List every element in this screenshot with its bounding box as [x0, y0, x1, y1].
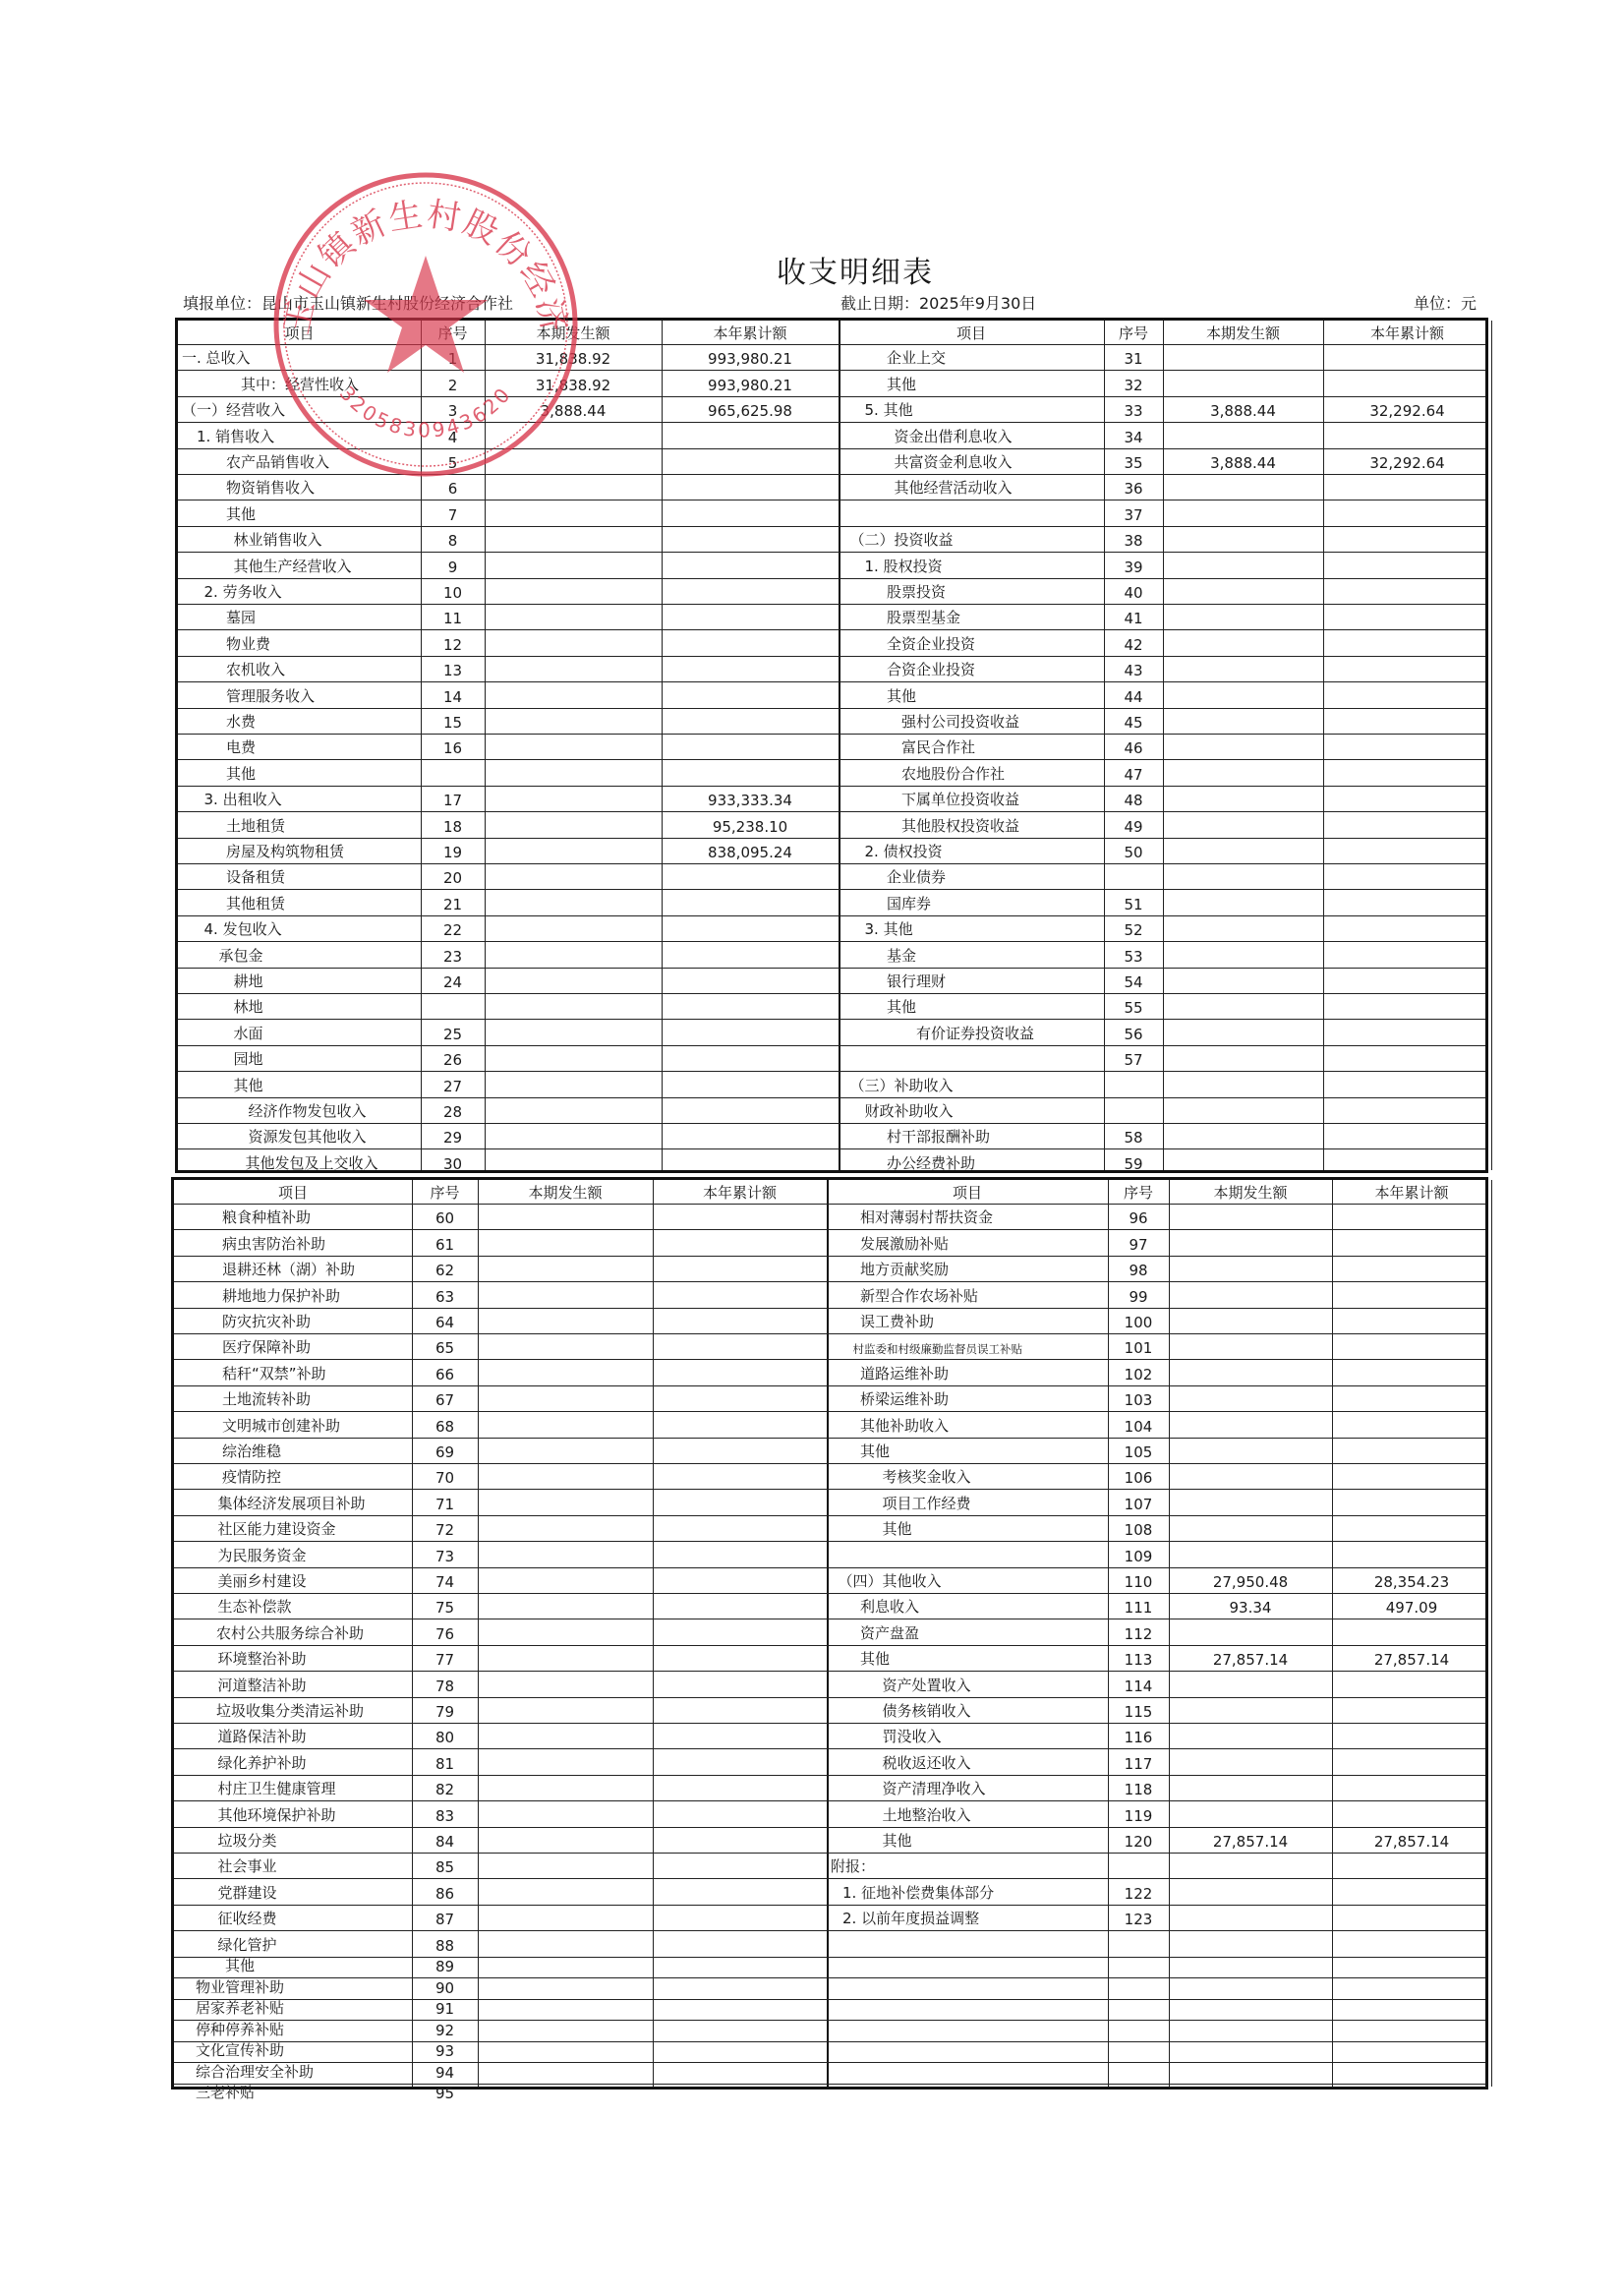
cell-seq: 84	[412, 1828, 478, 1853]
header-ytd-left: 本年累计额	[653, 1180, 827, 1204]
cell-seq: 112	[1108, 1619, 1169, 1644]
cell-seq: 11	[421, 605, 485, 629]
cell-item: 相对薄弱村帮扶资金	[827, 1205, 1108, 1229]
cell-current	[1169, 1490, 1332, 1514]
cell-seq: 120	[1108, 1828, 1169, 1853]
cell-seq: 72	[412, 1516, 478, 1541]
cell-seq: 73	[412, 1542, 478, 1566]
cell-seq: 82	[412, 1776, 478, 1800]
cell-current	[478, 2042, 653, 2063]
cell-current	[1163, 864, 1323, 889]
cell-seq: 70	[412, 1464, 478, 1489]
cell-ytd	[653, 1776, 827, 1800]
cell-ytd: 838,095.24	[662, 839, 839, 863]
cell-item: 其他股权投资收益	[839, 812, 1104, 837]
cell-item: 电费	[178, 735, 421, 759]
cell-ytd	[1332, 2042, 1491, 2063]
cell-seq: 85	[412, 1854, 478, 1878]
table-row: 林业销售收入8（二）投资收益38	[178, 526, 1485, 552]
cell-seq: 52	[1104, 916, 1163, 941]
table-row: 绿化管护88	[174, 1930, 1485, 1956]
cell-current	[478, 1568, 653, 1593]
cell-current	[1169, 1906, 1332, 1930]
cell-ytd	[1332, 2085, 1491, 2105]
table-row: 文明城市创建补助68其他补助收入104	[174, 1411, 1485, 1437]
cell-item: 其他	[178, 760, 421, 785]
cell-item: 办公经费补助	[839, 1149, 1104, 1174]
cell-item	[827, 2063, 1108, 2084]
cell-current	[478, 1776, 653, 1800]
cell-seq: 7	[421, 500, 485, 525]
cell-item: 下属单位投资收益	[839, 787, 1104, 811]
cell-seq: 114	[1108, 1672, 1169, 1696]
cell-seq: 15	[421, 709, 485, 734]
cell-seq: 1	[421, 345, 485, 370]
cell-item: 债务核销收入	[827, 1698, 1108, 1723]
table-row: 农村公共服务综合补助76资产盘盈112	[174, 1619, 1485, 1644]
cell-seq: 9	[421, 553, 485, 577]
cell-item: 房屋及构筑物租赁	[178, 839, 421, 863]
cell-ytd	[1332, 2063, 1491, 2084]
cell-item: 3. 其他	[839, 916, 1104, 941]
cell-seq	[1108, 1978, 1169, 1999]
cell-ytd	[653, 1360, 827, 1384]
cell-current	[1163, 839, 1323, 863]
cell-item: 其他	[827, 1646, 1108, 1671]
cell-ytd	[1323, 1046, 1491, 1071]
cell-item: 村干部报酬补助	[839, 1124, 1104, 1148]
table-row: 墓园11股票型基金41	[178, 604, 1485, 629]
header-item-right: 项目	[839, 321, 1104, 344]
cell-current: 3,888.44	[1163, 449, 1323, 474]
cell-item: 绿化养护补助	[174, 1749, 412, 1774]
cell-item: 耕地地力保护补助	[174, 1282, 412, 1307]
cell-seq: 42	[1104, 630, 1163, 655]
table-row: 其他租赁21国库券51	[178, 889, 1485, 914]
cell-ytd	[1323, 1020, 1491, 1044]
cell-ytd	[1323, 942, 1491, 967]
cell-current	[485, 579, 662, 604]
table-row: 绿化养护补助81税收返还收入117	[174, 1748, 1485, 1774]
cell-item	[827, 2021, 1108, 2041]
table-row: 林地其他55	[178, 993, 1485, 1019]
cell-item: 其他	[178, 500, 421, 525]
cell-ytd	[1323, 345, 1491, 370]
cell-ytd	[662, 682, 839, 707]
reporting-unit: 填报单位：昆山市玉山镇新生村股份经济合作社	[183, 291, 513, 314]
cell-ytd	[662, 994, 839, 1019]
cell-current	[1169, 1360, 1332, 1384]
table-row: 资源发包其他收入29村干部报酬补助58	[178, 1123, 1485, 1148]
cell-ytd	[1323, 500, 1491, 525]
cell-current	[478, 1958, 653, 1978]
cell-seq: 31	[1104, 345, 1163, 370]
cell-current	[1163, 630, 1323, 655]
cell-seq: 18	[421, 812, 485, 837]
cell-seq: 54	[1104, 969, 1163, 993]
cell-current	[1169, 1931, 1332, 1956]
cell-item	[827, 1542, 1108, 1566]
cell-seq: 92	[412, 2021, 478, 2041]
cell-seq: 48	[1104, 787, 1163, 811]
currency-unit: 单位：元	[1414, 291, 1477, 314]
cell-item: 其他补助收入	[827, 1412, 1108, 1437]
cell-ytd	[653, 2000, 827, 2021]
cell-item: 承包金	[178, 942, 421, 967]
cell-ytd	[1332, 1749, 1491, 1774]
cell-seq: 105	[1108, 1439, 1169, 1463]
cell-seq: 4	[421, 423, 485, 447]
cell-seq: 94	[412, 2063, 478, 2084]
cell-seq: 83	[412, 1801, 478, 1826]
cell-item: 社会事业	[174, 1854, 412, 1878]
cell-current	[478, 1698, 653, 1723]
cell-ytd	[1332, 1360, 1491, 1384]
cell-item: 停种停养补贴	[174, 2021, 412, 2041]
cell-current	[478, 1464, 653, 1489]
cell-seq: 47	[1104, 760, 1163, 785]
cell-current: 27,857.14	[1169, 1828, 1332, 1853]
cell-item: 物资销售收入	[178, 475, 421, 500]
cell-current	[478, 1516, 653, 1541]
cell-seq: 88	[412, 1931, 478, 1956]
cell-current	[478, 1854, 653, 1878]
cell-current	[478, 1230, 653, 1255]
cell-seq: 117	[1108, 1749, 1169, 1774]
header-current-left: 本期发生额	[485, 321, 662, 344]
cell-current	[1169, 1749, 1332, 1774]
table-row: （一）经营收入33,888.44965,625.985. 其他333,888.4…	[178, 396, 1485, 422]
cell-seq: 20	[421, 864, 485, 889]
cell-item: 土地整治收入	[827, 1801, 1108, 1826]
cell-item	[827, 1931, 1108, 1956]
cell-seq	[1104, 1098, 1163, 1123]
cell-current	[1169, 1257, 1332, 1281]
cell-ytd: 32,292.64	[1323, 449, 1491, 474]
cell-seq: 67	[412, 1386, 478, 1411]
cell-seq: 87	[412, 1906, 478, 1930]
cell-ytd	[662, 630, 839, 655]
table-row: 疫情防控70考核奖金收入106	[174, 1463, 1485, 1489]
table-row: 集体经济发展项目补助71项目工作经费107	[174, 1489, 1485, 1514]
cell-current	[485, 657, 662, 681]
cell-current: 93.34	[1169, 1594, 1332, 1619]
table-row: 为民服务资金73109	[174, 1541, 1485, 1566]
cell-current	[1169, 1619, 1332, 1644]
cell-current	[1169, 1464, 1332, 1489]
cell-current	[485, 1098, 662, 1123]
cell-ytd	[653, 1646, 827, 1671]
cell-ytd	[653, 1879, 827, 1904]
cell-current	[478, 1931, 653, 1956]
cell-ytd	[1332, 1672, 1491, 1696]
cell-current	[1169, 1672, 1332, 1696]
cell-seq: 86	[412, 1879, 478, 1904]
cell-item: 企业债券	[839, 864, 1104, 889]
table-row: 其他环境保护补助83土地整治收入119	[174, 1800, 1485, 1826]
cell-ytd	[1332, 1619, 1491, 1644]
table-row: 河道整洁补助78资产处置收入114	[174, 1671, 1485, 1696]
cell-ytd: 27,857.14	[1332, 1646, 1491, 1671]
cell-item: 综治维稳	[174, 1439, 412, 1463]
cell-ytd	[1323, 864, 1491, 889]
cell-ytd	[1323, 760, 1491, 785]
header-current-right: 本期发生额	[1169, 1180, 1332, 1204]
cell-seq: 17	[421, 787, 485, 811]
cell-ytd	[1323, 969, 1491, 993]
cell-item: 地方贡献奖励	[827, 1257, 1108, 1281]
cell-current	[1169, 2042, 1332, 2063]
table-row: 道路保洁补助80罚没收入116	[174, 1723, 1485, 1748]
cell-seq	[421, 760, 485, 785]
cell-seq: 89	[412, 1958, 478, 1978]
table-row: 社会事业85附报：	[174, 1853, 1485, 1878]
cell-seq	[1108, 2000, 1169, 2021]
cell-ytd	[1332, 1931, 1491, 1956]
cell-ytd	[1323, 527, 1491, 552]
cell-seq: 101	[1108, 1334, 1169, 1359]
cell-item: 资源发包其他收入	[178, 1124, 421, 1148]
cell-ytd	[1323, 994, 1491, 1019]
cell-seq: 12	[421, 630, 485, 655]
cell-item: 道路保洁补助	[174, 1724, 412, 1748]
cell-current	[1163, 345, 1323, 370]
table-row: 环境整治补助77其他11327,857.1427,857.14	[174, 1645, 1485, 1671]
cell-ytd	[662, 500, 839, 525]
cell-current	[1163, 1072, 1323, 1096]
cell-item: 合资企业投资	[839, 657, 1104, 681]
table-row: 农产品销售收入5共富资金利息收入353,888.4432,292.64	[178, 448, 1485, 474]
table-row: 综合治理安全补助94	[174, 2062, 1485, 2084]
cell-current	[485, 760, 662, 785]
cell-seq: 115	[1108, 1698, 1169, 1723]
table-row: 园地2657	[178, 1045, 1485, 1071]
cell-item: 集体经济发展项目补助	[174, 1490, 412, 1514]
cell-seq: 61	[412, 1230, 478, 1255]
cell-seq: 96	[1108, 1205, 1169, 1229]
cell-item: 美丽乡村建设	[174, 1568, 412, 1593]
cell-ytd	[653, 1334, 827, 1359]
cell-seq: 63	[412, 1282, 478, 1307]
cell-current	[478, 1309, 653, 1333]
table-row: 物业管理补助90	[174, 1977, 1485, 1999]
cell-ytd	[1332, 1230, 1491, 1255]
cell-seq: 123	[1108, 1906, 1169, 1930]
cell-ytd	[1323, 553, 1491, 577]
cell-item: 银行理财	[839, 969, 1104, 993]
cell-current	[1169, 1958, 1332, 1978]
cell-item	[827, 2042, 1108, 2063]
cell-item: 秸秆“双禁”补助	[174, 1360, 412, 1384]
cell-seq: 39	[1104, 553, 1163, 577]
cell-current	[1169, 1698, 1332, 1723]
cell-ytd	[653, 1386, 827, 1411]
cell-item: 其他	[827, 1828, 1108, 1853]
cell-current: 31,838.92	[485, 371, 662, 395]
cell-ytd	[1323, 371, 1491, 395]
header-row: 项目序号本期发生额本年累计额项目序号本期发生额本年累计额	[178, 321, 1485, 344]
cell-ytd	[1332, 1958, 1491, 1978]
cell-current	[485, 1149, 662, 1174]
cell-item: 企业上交	[839, 345, 1104, 370]
cell-ytd	[1323, 1124, 1491, 1148]
cell-seq: 119	[1108, 1801, 1169, 1826]
cell-seq: 78	[412, 1672, 478, 1696]
cell-ytd	[653, 1568, 827, 1593]
cell-current	[1163, 1124, 1323, 1148]
cell-ytd	[653, 1205, 827, 1229]
cell-current	[1169, 1334, 1332, 1359]
cell-item: 新型合作农场补贴	[827, 1282, 1108, 1307]
cell-current	[1169, 1978, 1332, 1999]
table-row: 管理服务收入14其他44	[178, 681, 1485, 707]
header-seq-left: 序号	[421, 321, 485, 344]
cell-current	[485, 1124, 662, 1148]
table-row: 其他生产经营收入91. 股权投资39	[178, 552, 1485, 577]
cell-ytd	[653, 2021, 827, 2041]
cell-ytd	[653, 1309, 827, 1333]
cell-item: 村监委和村级廉勤监督员误工补贴	[827, 1334, 1108, 1359]
cell-seq: 77	[412, 1646, 478, 1671]
cell-item: 利息收入	[827, 1594, 1108, 1619]
cell-seq: 75	[412, 1594, 478, 1619]
cell-ytd	[1332, 1906, 1491, 1930]
table-row: 防灾抗灾补助64误工费补助100	[174, 1308, 1485, 1333]
table-row: 粮食种植补助60相对薄弱村帮扶资金96	[174, 1204, 1485, 1229]
cell-item: 桥梁运维补助	[827, 1386, 1108, 1411]
cell-ytd	[1332, 1542, 1491, 1566]
cell-ytd: 933,333.34	[662, 787, 839, 811]
cell-item: 财政补助收入	[839, 1098, 1104, 1123]
cell-seq: 29	[421, 1124, 485, 1148]
cell-current	[478, 1282, 653, 1307]
cell-seq: 98	[1108, 1257, 1169, 1281]
cell-seq: 56	[1104, 1020, 1163, 1044]
cell-ytd	[1332, 2021, 1491, 2041]
cell-seq: 109	[1108, 1542, 1169, 1566]
cell-ytd	[653, 1542, 827, 1566]
table-row: 垃圾收集分类清运补助79债务核销收入115	[174, 1697, 1485, 1723]
cell-ytd	[1332, 1776, 1491, 1800]
cell-seq: 74	[412, 1568, 478, 1593]
cell-ytd	[653, 1594, 827, 1619]
cell-ytd	[1323, 605, 1491, 629]
cell-item: 5. 其他	[839, 397, 1104, 422]
cell-current	[1163, 1020, 1323, 1044]
cell-current: 3,888.44	[1163, 397, 1323, 422]
cell-seq: 108	[1108, 1516, 1169, 1541]
cell-seq: 16	[421, 735, 485, 759]
cell-seq: 53	[1104, 942, 1163, 967]
cell-item: 3. 出租收入	[178, 787, 421, 811]
cell-current	[1163, 423, 1323, 447]
cell-current	[1169, 1801, 1332, 1826]
cell-current	[1169, 1386, 1332, 1411]
table-row: 征收经费872. 以前年度损益调整123	[174, 1905, 1485, 1930]
cell-current	[478, 1542, 653, 1566]
header-item-right: 项目	[827, 1180, 1108, 1204]
cell-seq: 79	[412, 1698, 478, 1723]
cell-item: 病虫害防治补助	[174, 1230, 412, 1255]
cell-ytd	[662, 527, 839, 552]
table-row: 土地租赁1895,238.10其他股权投资收益49	[178, 811, 1485, 837]
cell-item: 生态补偿款	[174, 1594, 412, 1619]
cell-seq: 23	[421, 942, 485, 967]
cell-seq: 97	[1108, 1230, 1169, 1255]
cell-seq: 34	[1104, 423, 1163, 447]
cell-current	[485, 1072, 662, 1096]
cell-current	[485, 812, 662, 837]
cell-current	[485, 449, 662, 474]
reporting-unit-name: 昆山市玉山镇新生村股份经济合作社	[261, 294, 513, 313]
cell-ytd	[1323, 1149, 1491, 1174]
cell-current	[1163, 1149, 1323, 1174]
cell-item: 一. 总收入	[178, 345, 421, 370]
cell-ytd	[653, 1724, 827, 1748]
cell-item	[839, 1046, 1104, 1071]
cell-ytd: 965,625.98	[662, 397, 839, 422]
cell-current	[485, 1020, 662, 1044]
cell-item: 物业费	[178, 630, 421, 655]
cell-ytd	[662, 1046, 839, 1071]
cell-current	[485, 475, 662, 500]
cell-ytd	[653, 1828, 827, 1853]
cell-item: 退耕还林（湖）补助	[174, 1257, 412, 1281]
cell-ytd	[662, 449, 839, 474]
cell-ytd	[1323, 709, 1491, 734]
cell-current	[1163, 994, 1323, 1019]
cell-ytd	[662, 969, 839, 993]
cell-ytd	[662, 864, 839, 889]
cell-seq	[421, 994, 485, 1019]
cell-seq: 95	[412, 2085, 478, 2105]
cell-ytd	[662, 475, 839, 500]
table-row: 其他27（三）补助收入	[178, 1071, 1485, 1096]
cell-ytd	[1332, 1412, 1491, 1437]
table-row: 综治维稳69其他105	[174, 1438, 1485, 1463]
cell-ytd	[1332, 1879, 1491, 1904]
table-row: 其他737	[178, 500, 1485, 525]
cell-seq: 2	[421, 371, 485, 395]
cell-seq: 69	[412, 1439, 478, 1463]
cell-item: 资产清理净收入	[827, 1776, 1108, 1800]
cell-item: 文明城市创建补助	[174, 1412, 412, 1437]
cell-item: 富民合作社	[839, 735, 1104, 759]
cell-item: 环境整治补助	[174, 1646, 412, 1671]
cell-item: 4. 发包收入	[178, 916, 421, 941]
cell-ytd	[1323, 657, 1491, 681]
cell-item: 耕地	[178, 969, 421, 993]
cell-current	[478, 1879, 653, 1904]
cell-seq: 14	[421, 682, 485, 707]
cell-ytd	[662, 916, 839, 941]
cell-seq	[1108, 2021, 1169, 2041]
cell-ytd	[653, 1490, 827, 1514]
cell-ytd	[662, 709, 839, 734]
cell-seq: 26	[421, 1046, 485, 1071]
cell-item: 其他	[839, 682, 1104, 707]
table-row: 经济作物发包收入28财政补助收入	[178, 1097, 1485, 1123]
cell-item: 强村公司投资收益	[839, 709, 1104, 734]
cell-current	[485, 630, 662, 655]
cell-item: 河道整洁补助	[174, 1672, 412, 1696]
cell-ytd: 32,292.64	[1323, 397, 1491, 422]
cell-seq: 30	[421, 1149, 485, 1174]
cell-ytd	[1332, 2000, 1491, 2021]
cell-seq: 93	[412, 2042, 478, 2063]
cell-seq: 13	[421, 657, 485, 681]
cell-current	[1169, 1776, 1332, 1800]
